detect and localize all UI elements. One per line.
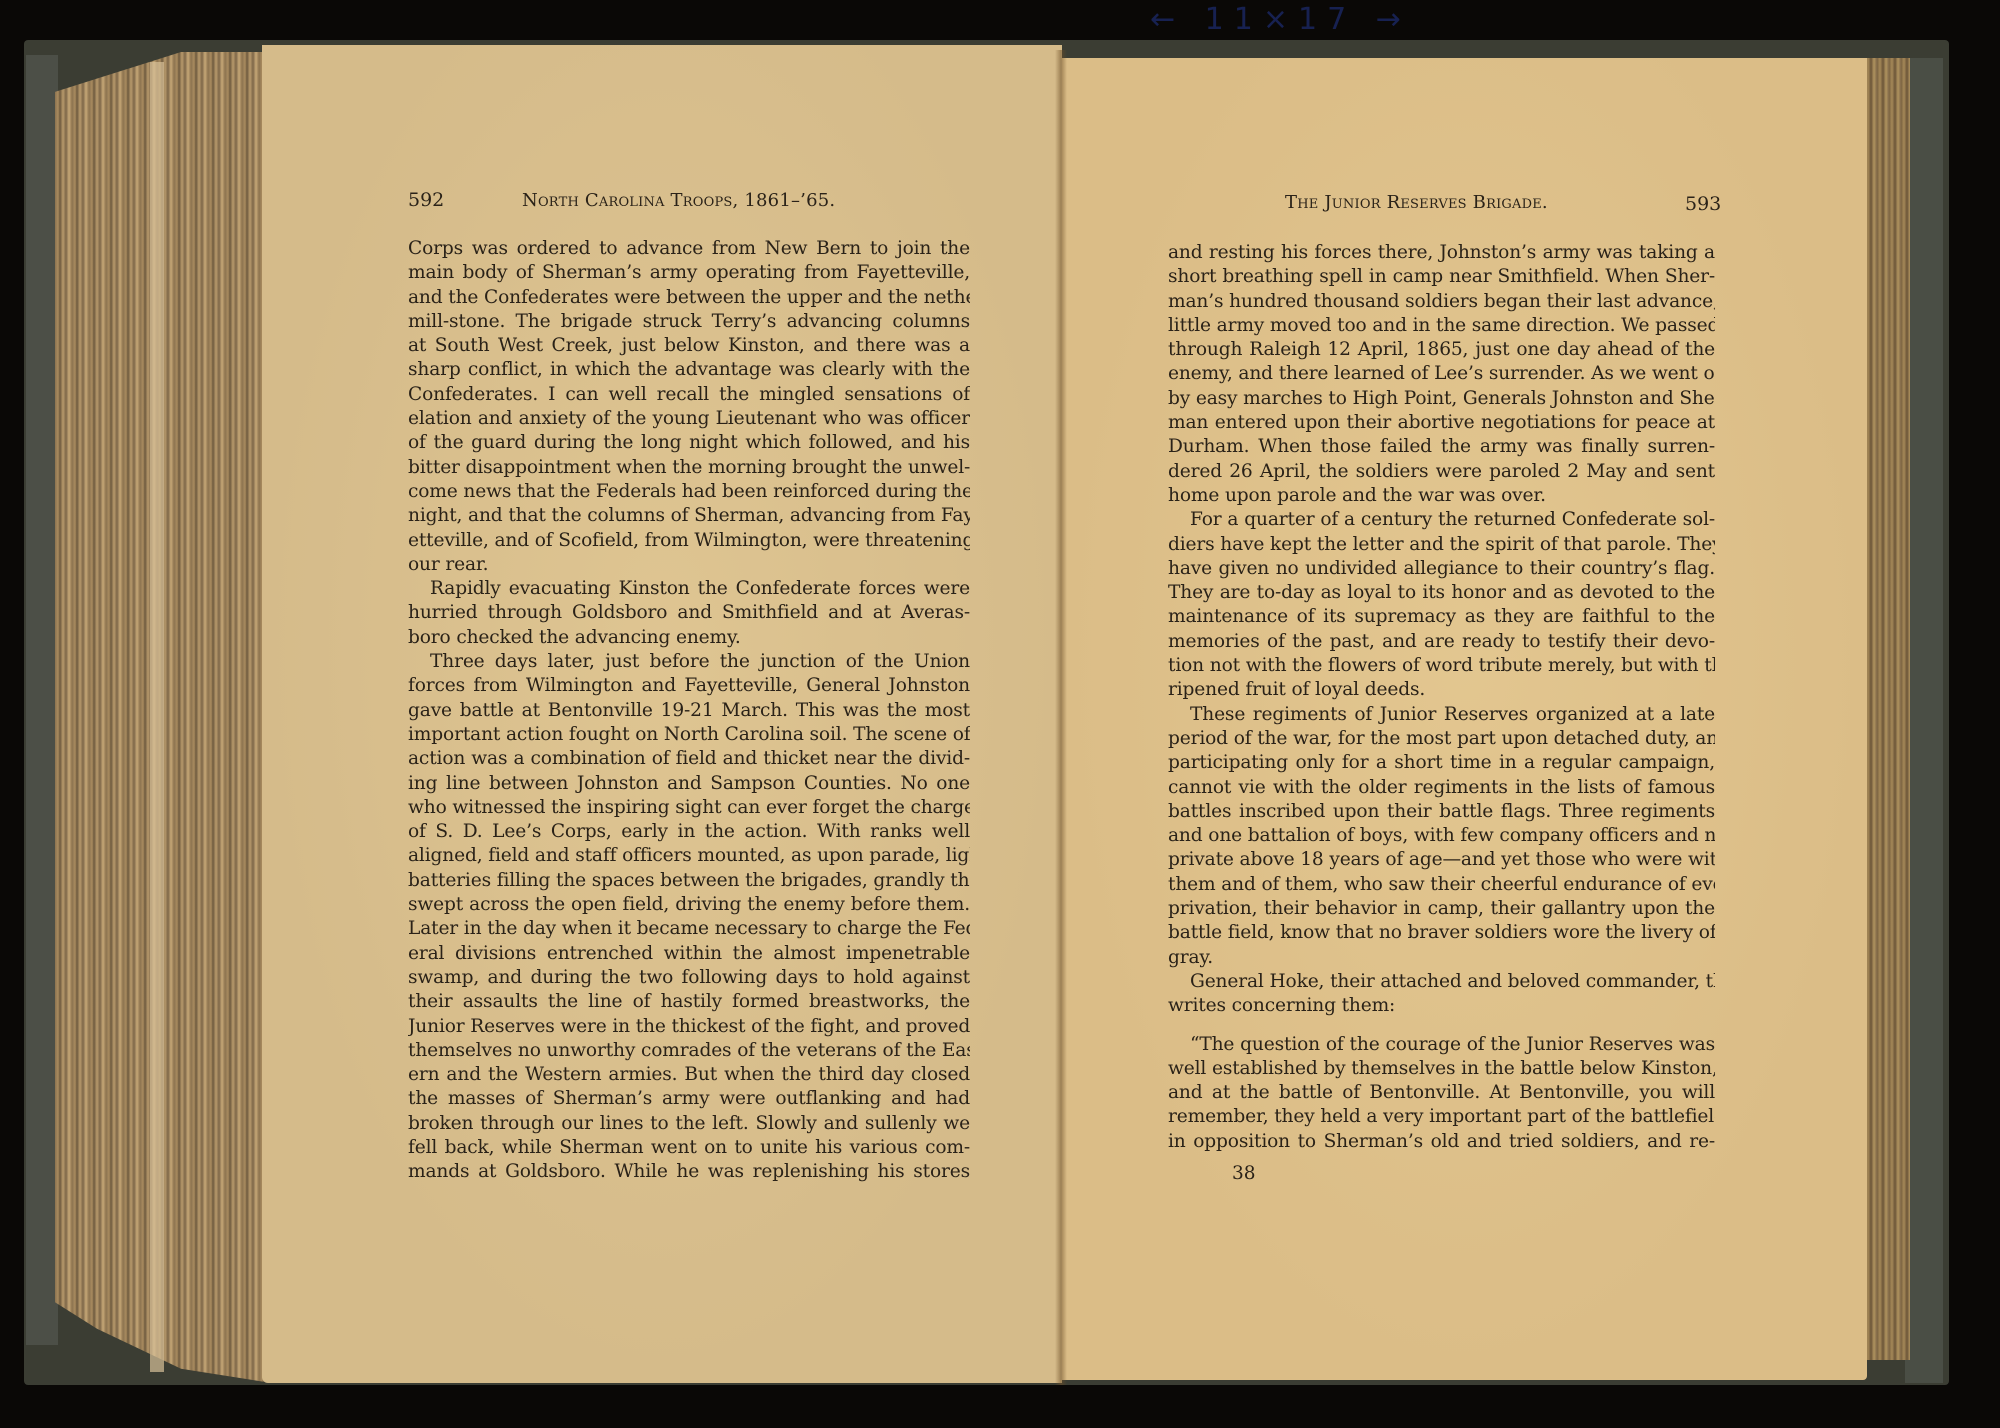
running-head-right: The Junior Reserves Brigade.	[1285, 192, 1548, 213]
text-line: have given no undivided allegiance to th…	[1168, 557, 1715, 581]
text-line: of the guard during the long night which…	[408, 431, 970, 455]
text-line: elation and anxiety of the young Lieuten…	[408, 407, 970, 431]
text-line: important action fought on North Carolin…	[408, 723, 970, 747]
quote-line: and at the battle of Bentonville. At Ben…	[1168, 1081, 1715, 1105]
text-line: Durham. When those failed the army was f…	[1168, 435, 1715, 459]
text-line: and resting his forces there, Johnston’s…	[1168, 241, 1715, 265]
book-gutter	[1055, 50, 1067, 1385]
text-line: and one battalion of boys, with few comp…	[1168, 824, 1715, 848]
text-line: themselves no unworthy comrades of the v…	[408, 1039, 970, 1063]
text-line: home upon parole and the war was over.	[1168, 484, 1715, 508]
text-line: participating only for a short time in a…	[1168, 751, 1715, 775]
text-line: Corps was ordered to advance from New Be…	[408, 237, 970, 261]
text-line: battle field, know that no braver soldie…	[1168, 921, 1715, 945]
paragraph-start-line: Three days later, just before the juncti…	[408, 650, 970, 674]
text-line: eral divisions entrenched within the alm…	[408, 942, 970, 966]
text-line: sharp conflict, in which the advantage w…	[408, 358, 970, 382]
text-line: man’s hundred thousand soldiers began th…	[1168, 290, 1715, 314]
text-line: period of the war, for the most part upo…	[1168, 727, 1715, 751]
text-line: private above 18 years of age—and yet th…	[1168, 848, 1715, 872]
text-line: maintenance of its supremacy as they are…	[1168, 605, 1715, 629]
text-line: diers have kept the letter and the spiri…	[1168, 533, 1715, 557]
text-line: action was a combination of field and th…	[408, 747, 970, 771]
text-line: by easy marches to High Point, Generals …	[1168, 387, 1715, 411]
text-line: short breathing spell in camp near Smith…	[1168, 265, 1715, 289]
text-line: gave battle at Bentonville 19-21 March. …	[408, 699, 970, 723]
text-line: battles inscribed upon their battle flag…	[1168, 800, 1715, 824]
text-line: and the Confederates were between the up…	[408, 286, 970, 310]
text-line: gray.	[1168, 946, 1715, 970]
text-line: swept across the open field, driving the…	[408, 893, 970, 917]
text-line: tion not with the flowers of word tribut…	[1168, 654, 1715, 678]
quote-start-line: “The question of the courage of the Juni…	[1168, 1033, 1715, 1057]
text-line: who witnessed the inspiring sight can ev…	[408, 796, 970, 820]
text-line: bitter disappointment when the morning b…	[408, 456, 970, 480]
text-line: swamp, and during the two following days…	[408, 966, 970, 990]
text-line: main body of Sherman’s army operating fr…	[408, 261, 970, 285]
book-scan: ← 11×17 → 592 North Carolina Troops, 186…	[0, 0, 2000, 1428]
text-line: little army moved too and in the same di…	[1168, 314, 1715, 338]
text-line: come news that the Federals had been rei…	[408, 480, 970, 504]
text-line: etteville, and of Scofield, from Wilming…	[408, 529, 970, 553]
text-line: mill-stone. The brigade struck Terry’s a…	[408, 310, 970, 334]
text-line: man entered upon their abortive negotiat…	[1168, 411, 1715, 435]
quote-line: in opposition to Sherman’s old and tried…	[1168, 1130, 1715, 1154]
left-page-body: Corps was ordered to advance from New Be…	[408, 237, 970, 1185]
text-line: ripened fruit of loyal deeds.	[1168, 678, 1715, 702]
text-line: Later in the day when it became necessar…	[408, 917, 970, 941]
page-number-right: 593	[1685, 193, 1721, 215]
ruler-size-note: ← 11×17 →	[1150, 2, 1470, 42]
cover-right-edge	[1905, 58, 1943, 1383]
cover-left-edge	[26, 55, 58, 1345]
text-line: Junior Reserves were in the thickest of …	[408, 1015, 970, 1039]
paragraph-start-line: For a quarter of a century the returned …	[1168, 508, 1715, 532]
text-line: fell back, while Sherman went on to unit…	[408, 1136, 970, 1160]
text-line: dered 26 April, the soldiers were parole…	[1168, 460, 1715, 484]
text-line: of S. D. Lee’s Corps, early in the actio…	[408, 820, 970, 844]
text-line: at South West Creek, just below Kinston,…	[408, 334, 970, 358]
page-number-left: 592	[408, 189, 444, 211]
running-head-left: North Carolina Troops, 1861–’65.	[522, 190, 835, 211]
text-line: ern and the Western armies. But when the…	[408, 1063, 970, 1087]
quote-line: remember, they held a very important par…	[1168, 1105, 1715, 1129]
block-quote-gap	[1168, 1019, 1715, 1033]
right-page-stack	[1865, 58, 1910, 1360]
text-line: batteries filling the spaces between the…	[408, 869, 970, 893]
signature-mark: 38	[1232, 1163, 1256, 1184]
text-line: through Raleigh 12 April, 1865, just one…	[1168, 338, 1715, 362]
text-line: aligned, field and staff officers mounte…	[408, 844, 970, 868]
paragraph-start-line: Rapidly evacuating Kinston the Confedera…	[408, 577, 970, 601]
paragraph-start-line: General Hoke, their attached and beloved…	[1168, 970, 1715, 994]
text-line: cannot vie with the older regiments in t…	[1168, 776, 1715, 800]
text-line: They are to-day as loyal to its honor an…	[1168, 581, 1715, 605]
text-line: Confederates. I can well recall the ming…	[408, 383, 970, 407]
text-line: privation, their behavior in camp, their…	[1168, 897, 1715, 921]
right-page-body: and resting his forces there, Johnston’s…	[1168, 241, 1715, 1154]
text-line: enemy, and there learned of Lee’s surren…	[1168, 362, 1715, 386]
text-line: the masses of Sherman’s army were outfla…	[408, 1087, 970, 1111]
paragraph-start-line: These regiments of Junior Reserves organ…	[1168, 703, 1715, 727]
text-line: our rear.	[408, 553, 970, 577]
text-line: their assaults the line of hastily forme…	[408, 990, 970, 1014]
text-line: ing line between Johnston and Sampson Co…	[408, 772, 970, 796]
text-line: broken through our lines to the left. Sl…	[408, 1112, 970, 1136]
text-line: memories of the past, and are ready to t…	[1168, 630, 1715, 654]
quote-line: well established by themselves in the ba…	[1168, 1057, 1715, 1081]
text-line: boro checked the advancing enemy.	[408, 626, 970, 650]
text-line: mands at Goldsboro. While he was repleni…	[408, 1160, 970, 1184]
text-line: hurried through Goldsboro and Smithfield…	[408, 601, 970, 625]
text-line: forces from Wilmington and Fayetteville,…	[408, 674, 970, 698]
text-line: night, and that the columns of Sherman, …	[408, 504, 970, 528]
text-line: them and of them, who saw their cheerful…	[1168, 873, 1715, 897]
left-page-stack-highlight	[150, 62, 164, 1372]
text-line: writes concerning them:	[1168, 994, 1715, 1018]
